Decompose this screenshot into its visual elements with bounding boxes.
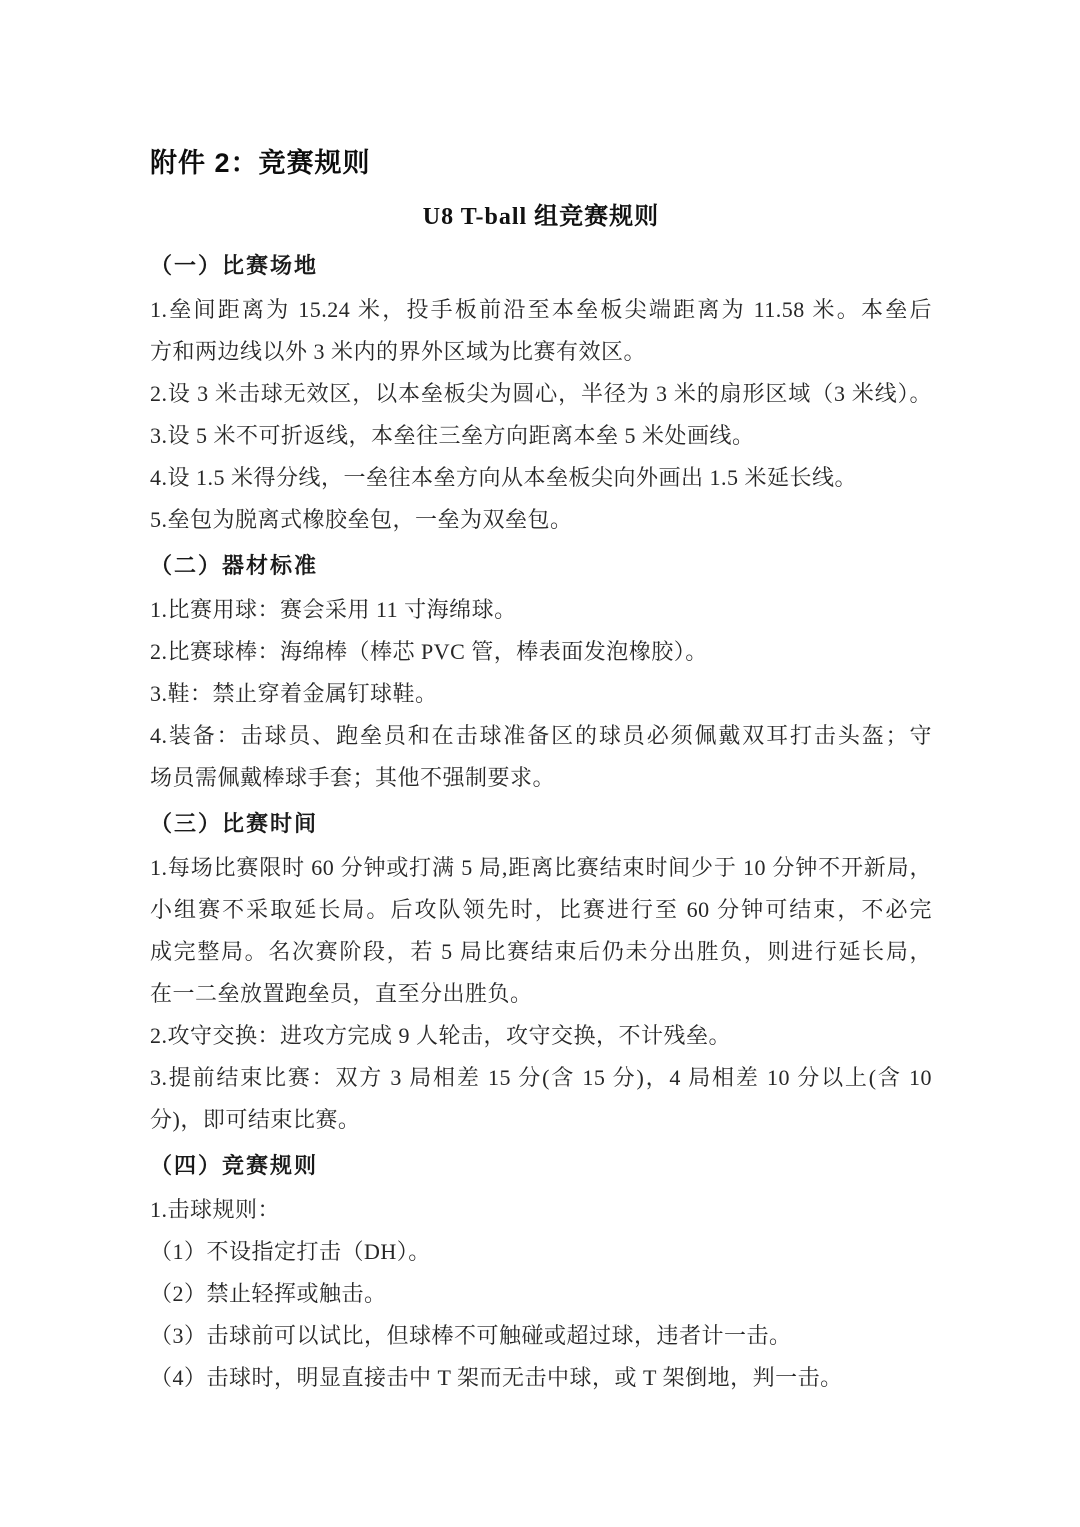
- doc-line: 2.设 3 米击球无效区，以本垒板尖为圆心，半径为 3 米的扇形区域（3 米线）…: [150, 373, 932, 415]
- doc-line: 分)，即可结束比赛。: [150, 1099, 932, 1141]
- section-heading: （一）比赛场地: [150, 249, 932, 283]
- doc-line: 在一二垒放置跑垒员，直至分出胜负。: [150, 973, 932, 1015]
- document-page: 附件 2：竞赛规则 U8 T-ball 组竞赛规则 （一）比赛场地1.垒间距离为…: [0, 0, 1080, 1527]
- doc-line: 3.鞋：禁止穿着金属钉球鞋。: [150, 673, 932, 715]
- section-heading: （四）竞赛规则: [150, 1149, 932, 1183]
- doc-line: （2）禁止轻挥或触击。: [150, 1273, 932, 1315]
- doc-line: 成完整局。名次赛阶段，若 5 局比赛结束后仍未分出胜负，则进行延长局，: [150, 931, 932, 973]
- doc-line: 4.设 1.5 米得分线，一垒往本垒方向从本垒板尖向外画出 1.5 米延长线。: [150, 457, 932, 499]
- attachment-heading: 附件 2：竞赛规则: [150, 145, 932, 181]
- page-title: U8 T-ball 组竞赛规则: [150, 201, 932, 233]
- doc-line: 1.每场比赛限时 60 分钟或打满 5 局,距离比赛结束时间少于 10 分钟不开…: [150, 847, 932, 889]
- doc-line: 1.比赛用球：赛会采用 11 寸海绵球。: [150, 589, 932, 631]
- doc-line: 3.提前结束比赛：双方 3 局相差 15 分(含 15 分)，4 局相差 10 …: [150, 1057, 932, 1099]
- doc-line: 小组赛不采取延长局。后攻队领先时，比赛进行至 60 分钟可结束，不必完: [150, 889, 932, 931]
- doc-line: （1）不设指定打击（DH）。: [150, 1231, 932, 1273]
- doc-line: 方和两边线以外 3 米内的界外区域为比赛有效区。: [150, 331, 932, 373]
- doc-line: 5.垒包为脱离式橡胶垒包，一垒为双垒包。: [150, 499, 932, 541]
- doc-line: 2.比赛球棒：海绵棒（棒芯 PVC 管，棒表面发泡橡胶）。: [150, 631, 932, 673]
- doc-line: （3）击球前可以试比，但球棒不可触碰或超过球，违者计一击。: [150, 1315, 932, 1357]
- doc-line: 场员需佩戴棒球手套；其他不强制要求。: [150, 757, 932, 799]
- doc-line: 2.攻守交换：进攻方完成 9 人轮击，攻守交换，不计残垒。: [150, 1015, 932, 1057]
- section-heading: （三）比赛时间: [150, 807, 932, 841]
- document-body: （一）比赛场地1.垒间距离为 15.24 米，投手板前沿至本垒板尖端距离为 11…: [150, 249, 932, 1399]
- doc-line: 3.设 5 米不可折返线，本垒往三垒方向距离本垒 5 米处画线。: [150, 415, 932, 457]
- doc-line: 1.垒间距离为 15.24 米，投手板前沿至本垒板尖端距离为 11.58 米。本…: [150, 289, 932, 331]
- doc-line: 1.击球规则：: [150, 1189, 932, 1231]
- doc-line: （4）击球时，明显直接击中 T 架而无击中球，或 T 架倒地，判一击。: [150, 1357, 932, 1399]
- doc-line: 4.装备：击球员、跑垒员和在击球准备区的球员必须佩戴双耳打击头盔；守: [150, 715, 932, 757]
- section-heading: （二）器材标准: [150, 549, 932, 583]
